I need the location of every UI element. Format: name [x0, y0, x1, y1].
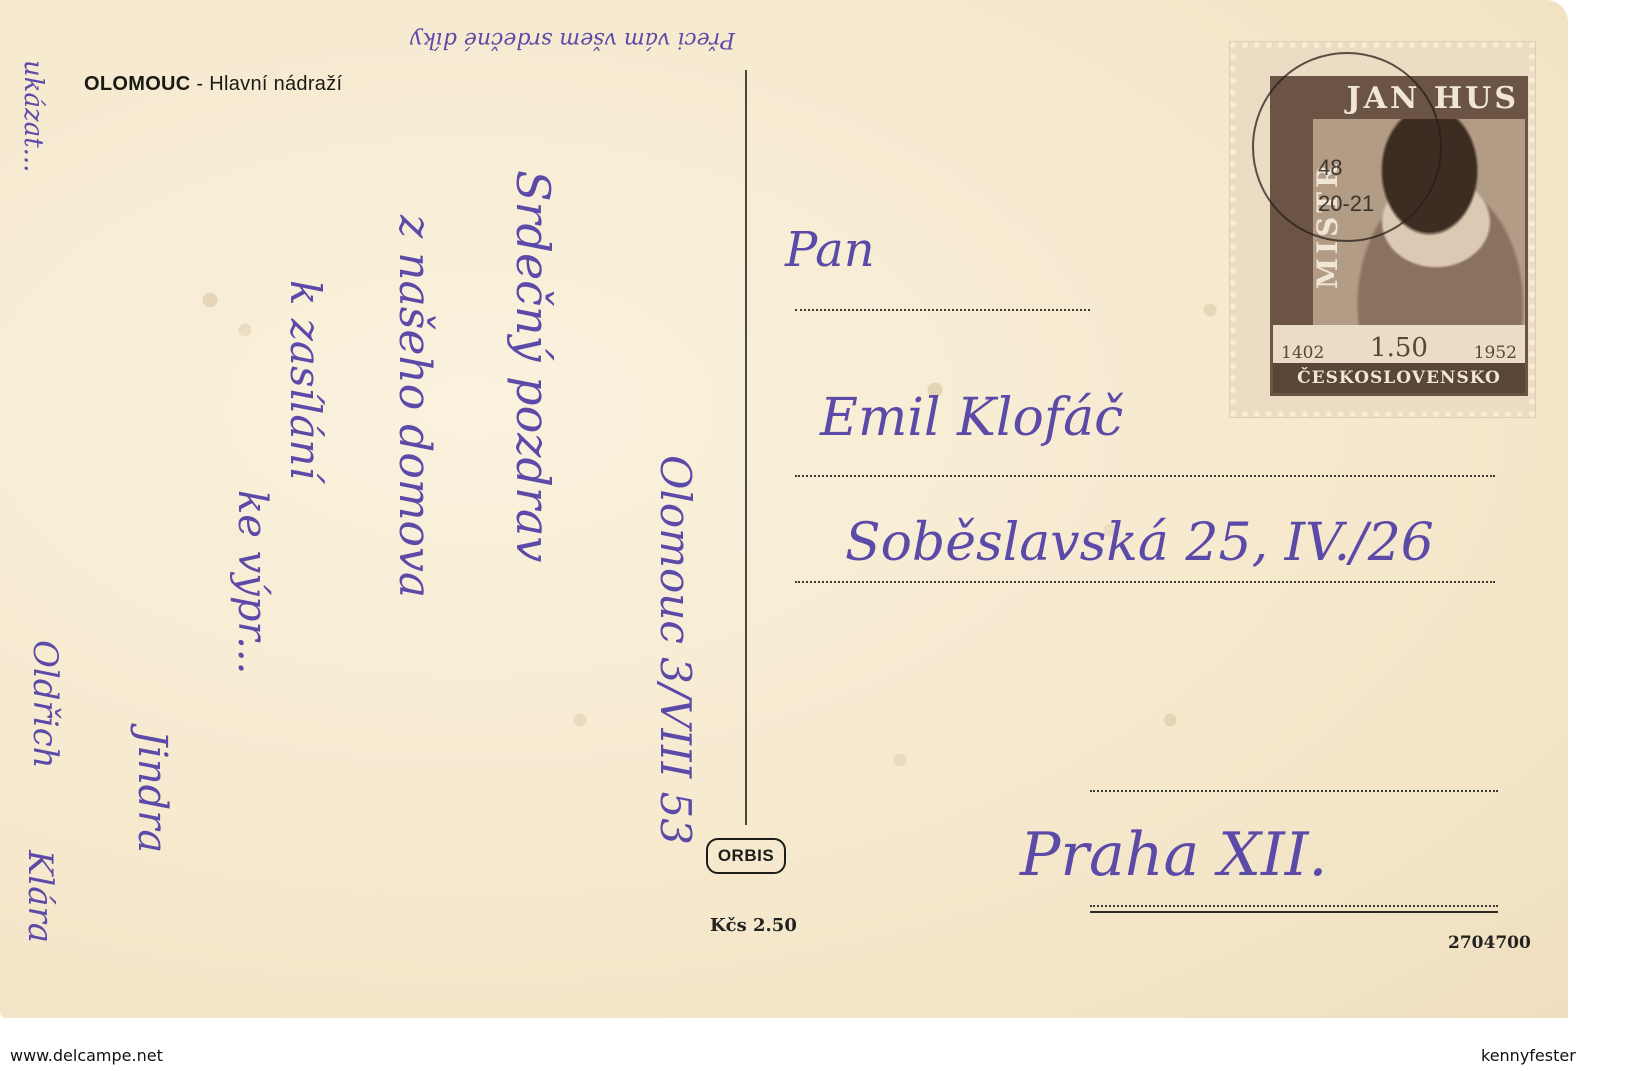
handwritten-top-line: Přeci vám všem srdečné díky — [410, 27, 735, 52]
handwritten-message-line-2: z našeho domova — [389, 215, 440, 598]
postcard-price: Kčs 2.50 — [710, 915, 797, 936]
title-separator: - — [191, 73, 210, 95]
address-salutation: Pan — [785, 222, 875, 278]
address-city: Praha XII. — [1020, 820, 1328, 890]
stamp-year-start: 1402 — [1281, 343, 1324, 363]
postmark-line-1: 48 — [1318, 150, 1374, 186]
postcard-title: OLOMOUC - Hlavní nádraží — [84, 73, 342, 96]
handwritten-side-note: ukázat... — [18, 60, 48, 172]
title-city: OLOMOUC — [84, 73, 191, 95]
handwritten-date-place: Olomouc 3/VIII 53 — [651, 455, 700, 845]
watermark-left: www.delcampe.net — [10, 1046, 163, 1065]
stamp-country: ČESKOSLOVENSKO — [1273, 363, 1525, 393]
address-line-1 — [795, 309, 1090, 311]
publisher-logo: ORBIS — [706, 838, 786, 874]
serial-number: 2704700 — [1448, 933, 1531, 953]
stamp-values-row: 1402 1.50 1952 — [1273, 325, 1525, 363]
handwritten-message-line-1: Srdečný pozdrav — [506, 170, 560, 562]
handwritten-signature-3: Klára — [20, 850, 60, 943]
handwritten-signature-2: Jindra — [129, 730, 175, 853]
postcard: OLOMOUC - Hlavní nádraží Přeci vám všem … — [0, 0, 1568, 1018]
handwritten-message-line-3: k zasílání — [281, 280, 330, 480]
address-underline — [1090, 911, 1498, 913]
address-street: Soběslavská 25, IV./26 — [845, 513, 1434, 573]
postmark-text: 48 20-21 — [1318, 150, 1374, 222]
address-line-5 — [1090, 905, 1498, 907]
title-place: Hlavní nádraží — [209, 73, 342, 95]
postmark-line-2: 20-21 — [1318, 186, 1374, 222]
handwritten-message-line-4: ke výpr... — [229, 490, 275, 674]
stamp-value: 1.50 — [1370, 333, 1428, 363]
address-line-4 — [1090, 790, 1498, 792]
handwritten-signature-1: Oldřich — [25, 640, 65, 769]
address-name: Emil Klofáč — [820, 388, 1123, 448]
center-divider — [745, 70, 747, 825]
address-line-3 — [795, 581, 1495, 583]
address-line-2 — [795, 475, 1495, 477]
watermark-right: kennyfester — [1481, 1046, 1576, 1065]
stamp-year-end: 1952 — [1474, 343, 1517, 363]
